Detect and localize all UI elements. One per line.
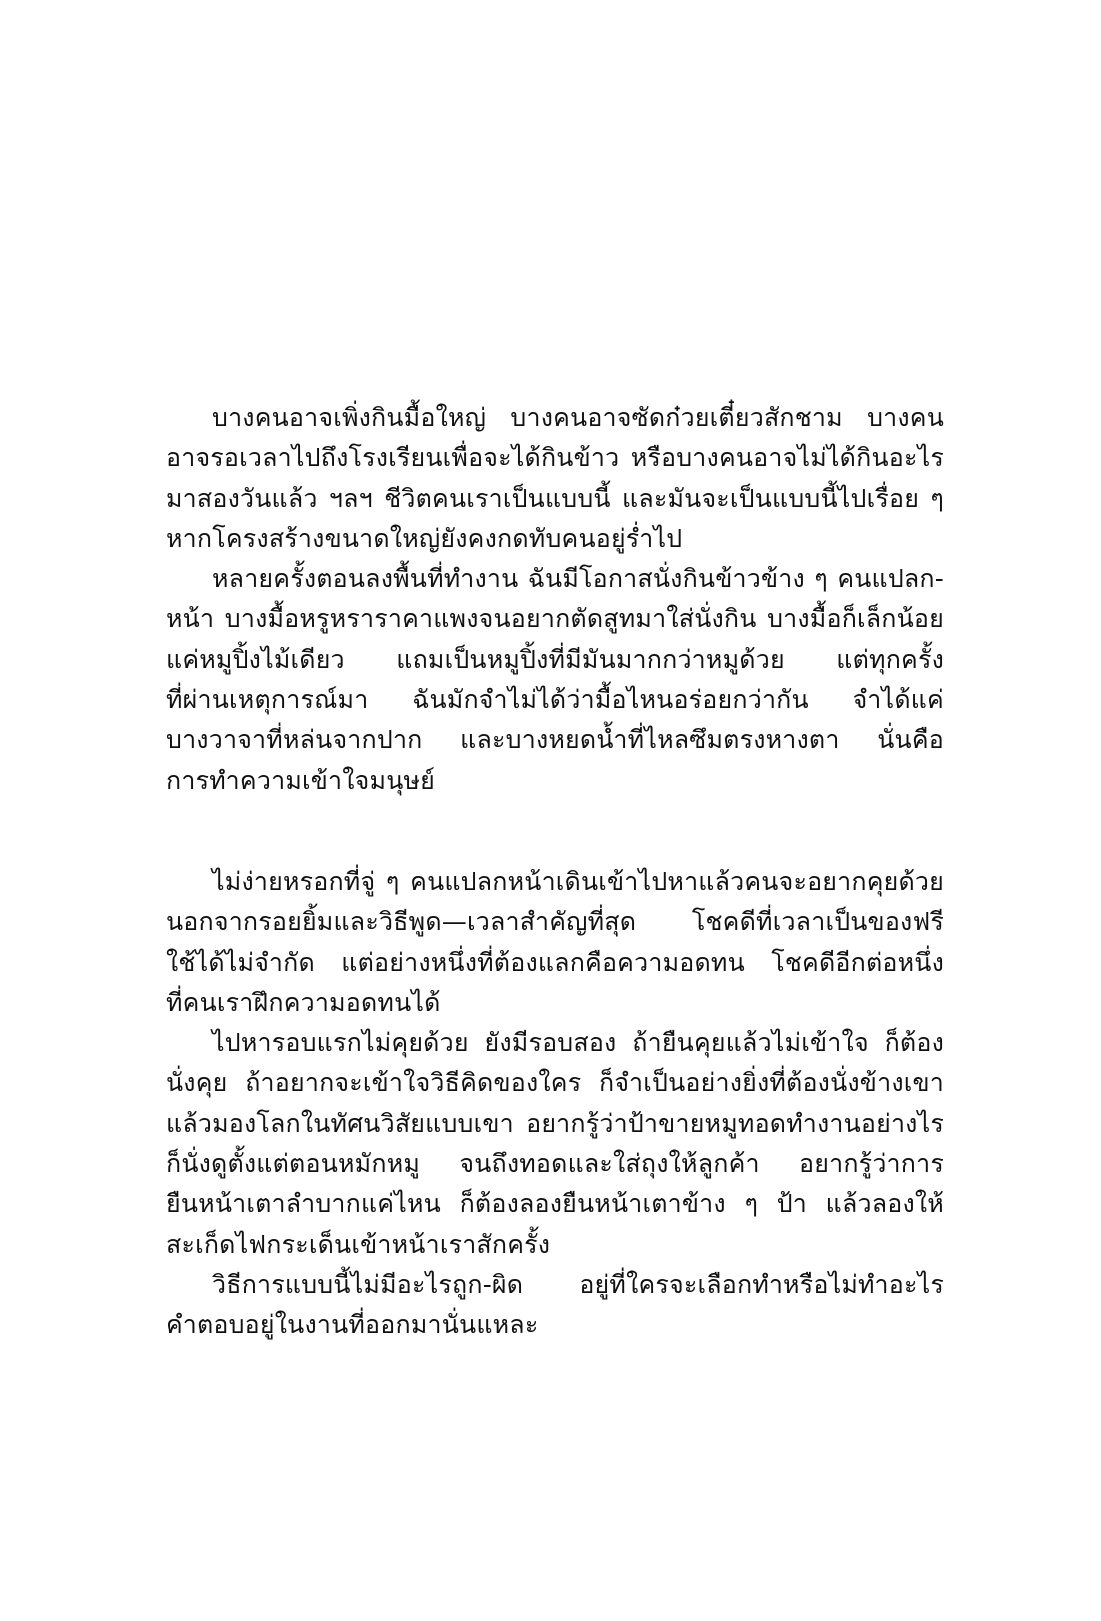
text-line: ที่ผ่านเหตุการณ์มา ฉันมักจำไม่ได้ว่ามื้อ… (166, 680, 944, 720)
text-line: แล้วมองโลกในทัศนวิสัยแบบเขา อยากรู้ว่าป้… (166, 1104, 944, 1144)
text-line: นอกจากรอยยิ้มและวิธีพูด—เวลาสำคัญที่สุด … (166, 902, 944, 942)
text-line: ที่คนเราฝึกความอดทนได้ (166, 983, 944, 1023)
text-line: ไปหารอบแรกไม่คุยด้วย ยังมีรอบสอง ถ้ายืนค… (166, 1023, 944, 1063)
text-line: บางคนอาจเพิ่งกินมื้อใหญ่ บางคนอาจซัดก๋วย… (166, 398, 944, 438)
paragraph-1: บางคนอาจเพิ่งกินมื้อใหญ่ บางคนอาจซัดก๋วย… (166, 398, 944, 559)
text-line: วิธีการแบบนี้ไม่มีอะไรถูก-ผิด อยู่ที่ใคร… (166, 1265, 944, 1305)
text-line: นั่งคุย ถ้าอยากจะเข้าใจวิธีคิดของใคร ก็จ… (166, 1063, 944, 1103)
text-line: อาจรอเวลาไปถึงโรงเรียนเพื่อจะได้กินข้าว … (166, 438, 944, 478)
text-section-2: ไม่ง่ายหรอกที่จู่ ๆ คนแปลกหน้าเดินเข้าไป… (166, 862, 944, 1346)
paragraph-2: หลายครั้งตอนลงพื้นที่ทำงาน ฉันมีโอกาสนั่… (166, 559, 944, 801)
text-section-1: บางคนอาจเพิ่งกินมื้อใหญ่ บางคนอาจซัดก๋วย… (166, 398, 944, 801)
text-line: ก็นั่งดูตั้งแต่ตอนหมักหมู จนถึงทอดและใส่… (166, 1144, 944, 1184)
paragraph-4: ไปหารอบแรกไม่คุยด้วย ยังมีรอบสอง ถ้ายืนค… (166, 1023, 944, 1265)
paragraph-3: ไม่ง่ายหรอกที่จู่ ๆ คนแปลกหน้าเดินเข้าไป… (166, 862, 944, 1023)
text-line: สะเก็ดไฟกระเด็นเข้าหน้าเราสักครั้ง (166, 1225, 944, 1265)
text-line: ใช้ได้ไม่จำกัด แต่อย่างหนึ่งที่ต้องแลกคื… (166, 943, 944, 983)
text-line: แค่หมูปิ้งไม้เดียว แถมเป็นหมูปิ้งที่มีมั… (166, 640, 944, 680)
text-line: คำตอบอยู่ในงานที่ออกมานั่นแหละ (166, 1305, 944, 1345)
text-line: หน้า บางมื้อหรูหราราคาแพงจนอยากตัดสูทมาใ… (166, 599, 944, 639)
text-line: ไม่ง่ายหรอกที่จู่ ๆ คนแปลกหน้าเดินเข้าไป… (166, 862, 944, 902)
document-page: บางคนอาจเพิ่งกินมื้อใหญ่ บางคนอาจซัดก๋วย… (0, 0, 1101, 1621)
text-line: ยืนหน้าเตาลำบากแค่ไหน ก็ต้องลองยืนหน้าเต… (166, 1184, 944, 1224)
paragraph-5: วิธีการแบบนี้ไม่มีอะไรถูก-ผิด อยู่ที่ใคร… (166, 1265, 944, 1346)
text-line: หากโครงสร้างขนาดใหญ่ยังคงกดทับคนอยู่ร่ำไ… (166, 519, 944, 559)
text-line: การทำความเข้าใจมนุษย์ (166, 761, 944, 801)
text-line: หลายครั้งตอนลงพื้นที่ทำงาน ฉันมีโอกาสนั่… (166, 559, 944, 599)
text-line: มาสองวันแล้ว ฯลฯ ชีวิตคนเราเป็นแบบนี้ แล… (166, 479, 944, 519)
text-line: บางวาจาที่หล่นจากปาก และบางหยดน้ำที่ไหลซ… (166, 720, 944, 760)
